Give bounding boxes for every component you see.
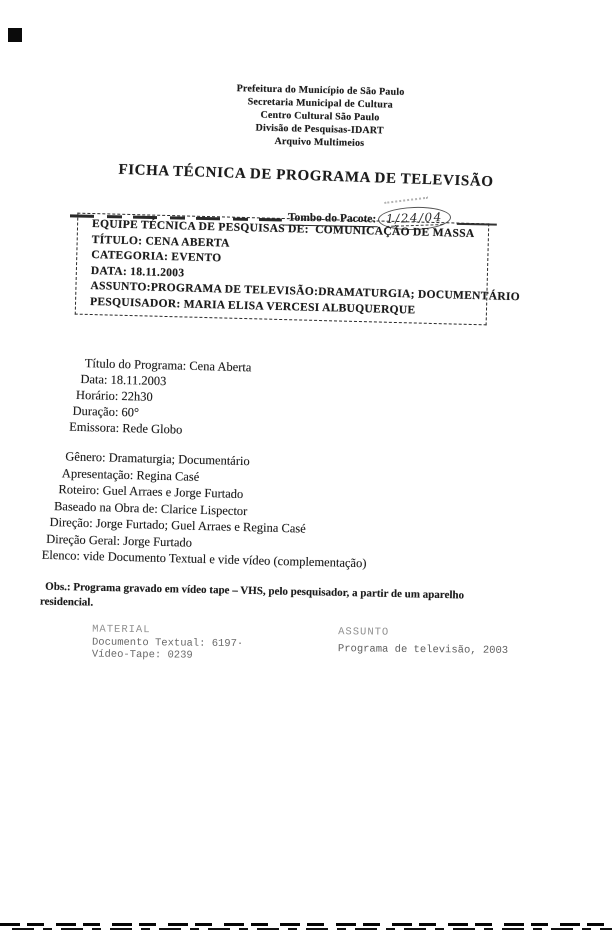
credits-details: Gênero: Dramaturgia; DocumentárioApresen… — [39, 448, 370, 572]
text-line: Emissora: Rede Globo — [69, 419, 250, 440]
scan-corner-mark-icon — [8, 28, 22, 42]
program-details: Título do Programa: Cena AbertaData: 18.… — [65, 355, 252, 440]
letterhead: Prefeitura do Município de São PauloSecr… — [109, 79, 530, 154]
stamped-info-box: EQUIPE TÉCNICA DE PESQUISAS DE: COMUNICA… — [75, 213, 490, 326]
assunto-column: ASSUNTO Programa de televisão, 2003 — [338, 626, 509, 665]
text-line: Programa de televisão, 2003 — [338, 643, 508, 657]
scribble-mark-icon — [385, 197, 430, 210]
page-title: FICHA TÉCNICA DE PROGRAMA DE TELEVISÃO — [0, 158, 612, 195]
assunto-lines: Programa de televisão, 2003 — [338, 643, 508, 657]
scan-bottom-edge — [3, 928, 612, 930]
observations: Obs.: Programa gravado em vídeo tape – V… — [40, 580, 464, 619]
text-line: Vídeo-Tape: 0239 — [92, 649, 336, 664]
catalog-typewriter-block: MATERIAL Documento Textual: 6197·Vídeo-T… — [92, 624, 552, 666]
assunto-header: ASSUNTO — [338, 626, 508, 640]
material-column: MATERIAL Documento Textual: 6197·Vídeo-T… — [92, 624, 336, 664]
scanned-document-page: { "colors": { "paper": "#ffffff", "ink":… — [0, 0, 612, 936]
material-lines: Documento Textual: 6197·Vídeo-Tape: 0239 — [92, 636, 336, 664]
scan-bottom-edge — [0, 923, 612, 926]
